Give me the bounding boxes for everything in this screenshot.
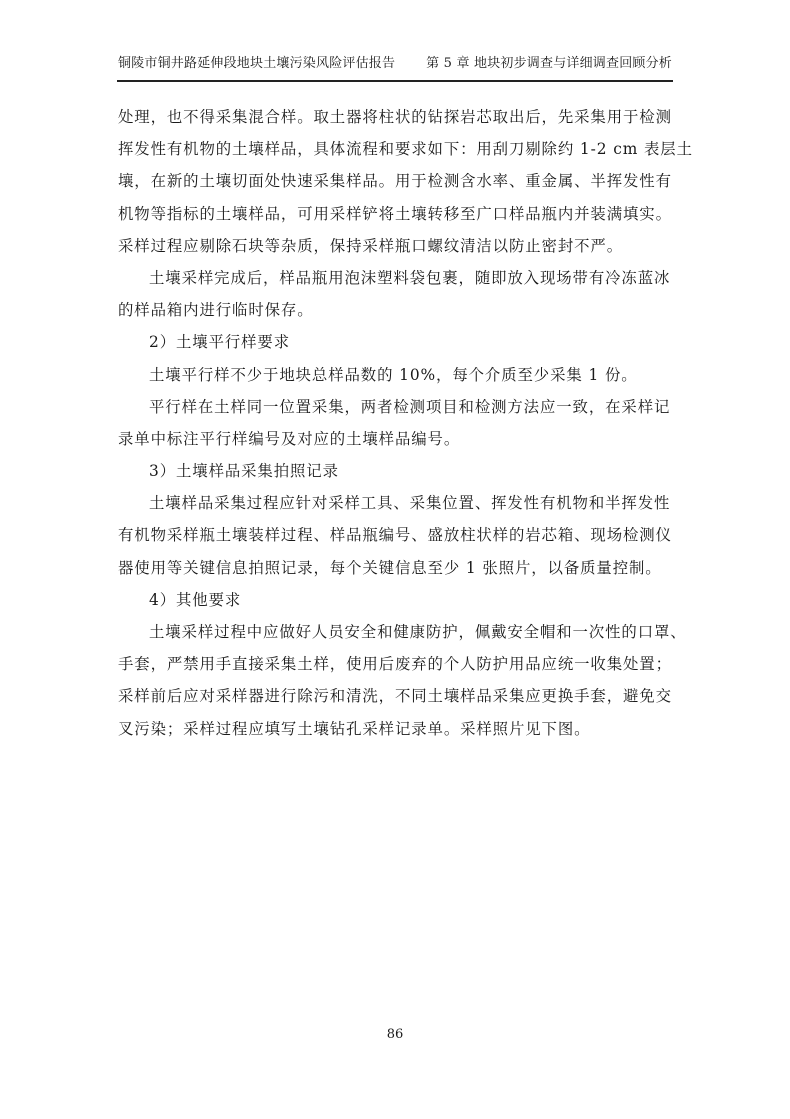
text-line: 处理，也不得采集混合样。取土器将柱状的钻探岩芯取出后，先采集用于检测 xyxy=(118,101,674,133)
text-line: 手套，严禁用手直接采集土样，使用后废弃的个人防护用品应统一收集处置； xyxy=(118,648,674,680)
text-line: 机物等指标的土壤样品，可用采样铲将土壤转移至广口样品瓶内并装满填实。 xyxy=(118,198,674,230)
paragraph-start: 土壤平行样不少于地块总样品数的 10%，每个介质至少采集 1 份。 xyxy=(118,359,674,391)
text-line: 叉污染；采样过程应填写土壤钻孔采样记录单。采样照片见下图。 xyxy=(118,713,674,745)
text-line: 有机物采样瓶土壤装样过程、样品瓶编号、盛放柱状样的岩芯箱、现场检测仪 xyxy=(118,519,674,551)
section-heading-photo-records: 3）土壤样品采集拍照记录 xyxy=(118,455,674,487)
text-line: 采样过程应剔除石块等杂质，保持采样瓶口螺纹清洁以防止密封不严。 xyxy=(118,230,674,262)
text-line: 壤，在新的土壤切面处快速采集样品。用于检测含水率、重金属、半挥发性有 xyxy=(118,165,674,197)
report-title: 铜陵市铜井路延伸段地块土壤污染风险评估报告 xyxy=(118,52,395,71)
text-line: 采样前后应对采样器进行除污和清洗，不同土壤样品采集应更换手套，避免交 xyxy=(118,680,674,712)
body-text: 处理，也不得采集混合样。取土器将柱状的钻探岩芯取出后，先采集用于检测 挥发性有机… xyxy=(118,101,674,745)
text-line: 器使用等关键信息拍照记录，每个关键信息至少 1 张照片，以备质量控制。 xyxy=(118,552,674,584)
text-line: 录单中标注平行样编号及对应的土壤样品编号。 xyxy=(118,423,674,455)
page-number: 86 xyxy=(0,1027,790,1042)
paragraph-start: 土壤采样过程中应做好人员安全和健康防护，佩戴安全帽和一次性的口罩、 xyxy=(118,616,674,648)
paragraph-start: 土壤样品采集过程应针对采样工具、采集位置、挥发性有机物和半挥发性 xyxy=(118,487,674,519)
section-heading-other-requirements: 4）其他要求 xyxy=(118,584,674,616)
text-line: 的样品箱内进行临时保存。 xyxy=(118,294,674,326)
paragraph-start: 平行样在土样同一位置采集，两者检测项目和检测方法应一致，在采样记 xyxy=(118,391,674,423)
text-line: 挥发性有机物的土壤样品，具体流程和要求如下：用刮刀剔除约 1-2 cm 表层土 xyxy=(118,133,674,165)
paragraph-start: 土壤采样完成后，样品瓶用泡沫塑料袋包裹，随即放入现场带有冷冻蓝冰 xyxy=(118,262,674,294)
section-heading-parallel-samples: 2）土壤平行样要求 xyxy=(118,326,674,358)
chapter-title: 第 5 章 地块初步调查与详细调查回顾分析 xyxy=(426,52,672,71)
header-divider xyxy=(117,80,673,82)
